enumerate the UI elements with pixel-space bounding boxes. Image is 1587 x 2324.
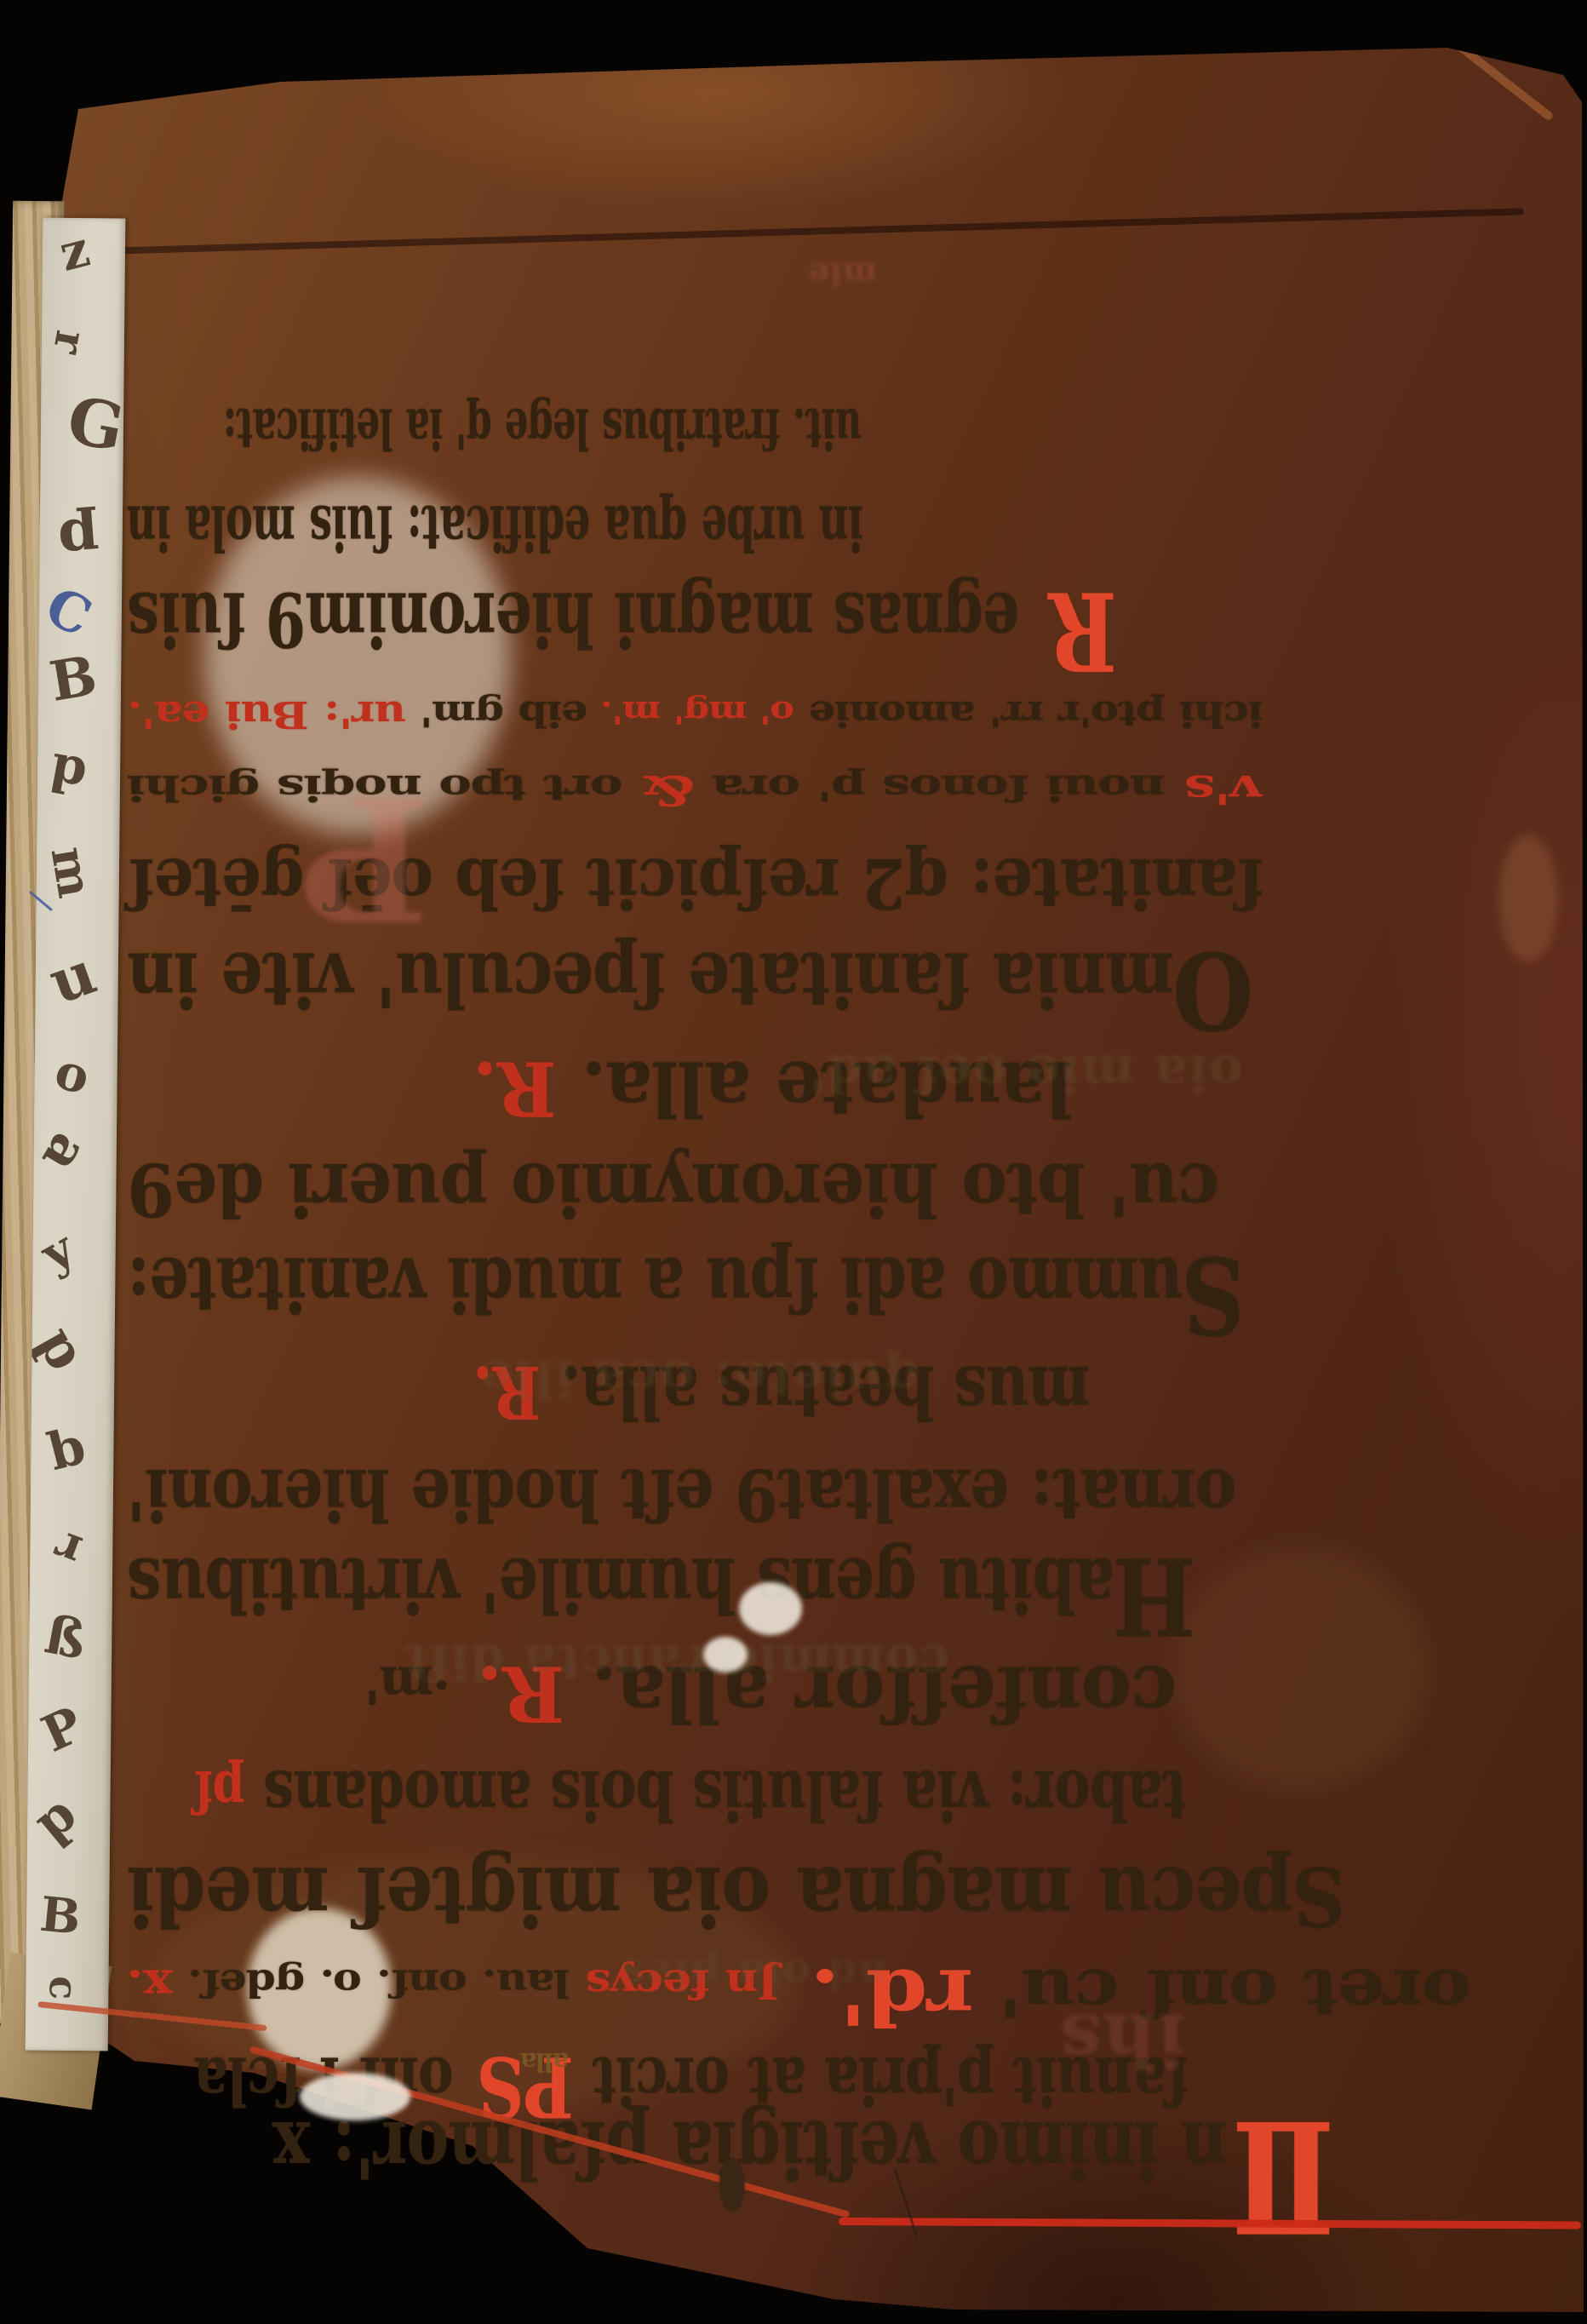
rubric-mark: x. [127, 1960, 173, 2011]
rubric-mark: pſ [194, 1757, 245, 1826]
text-segment: lau. onſ. o. gdeſ. [173, 1961, 570, 2005]
rubric-mark: ur': Bui ea'. [128, 692, 405, 736]
text-segment: in urbe qua edificat: ſuis mola in [127, 491, 863, 563]
rubric-mark: R [1019, 567, 1117, 695]
text-segment: Omnia ſanitate ſpeculu' vite in [128, 936, 1253, 1024]
text-segment: ornat: exaltat9 eſt hodie hieroni' [128, 1452, 1236, 1535]
showthrough-ghost-text: ad oia ples [519, 1942, 885, 2006]
text-line: tabor: via ſalutis bois amodans pſ [194, 1746, 1187, 1841]
manuscript-text-layer: IIn inimo veſtigia pſalmor': xſanuit p'p… [0, 0, 1587, 2324]
text-line: in urbe qua edificat: ſuis mola in [128, 479, 863, 572]
text-segment: noui ſonos p' ora [695, 766, 1165, 808]
text-line: R egnas magni hieronim9 ſuis [128, 576, 1117, 680]
text-line: uit. fratribus lege q' ia letificat: [223, 382, 862, 473]
rubric-mark: & [623, 766, 696, 814]
text-segment: egnas magni hieronim9 ſuis [128, 576, 1019, 664]
text-segment: ichi pto'r rr' amonie [794, 692, 1263, 734]
parchment-loss-scuff [739, 1582, 802, 1635]
faded-offset-initial: P [215, 766, 429, 947]
text-line: Specu magna oia migteſ medi [128, 1845, 1345, 1942]
rubric-mark: o' mg' m'. [587, 693, 794, 730]
rubric-mark: R. [473, 1045, 557, 1133]
showthrough-ghost-text: ihs [904, 1976, 1185, 2103]
text-line: ornat: exaltat9 eſt hodie hieroni' [128, 1444, 1236, 1540]
text-line: Omnia ſanitate ſpeculu' vite in [128, 937, 1253, 1037]
text-segment: Habitu gens humile' virtutibus [128, 1541, 1195, 1630]
showthrough-ghost-text: quiete: oca ille [196, 1335, 920, 1420]
text-segment: cu' bto hieronymio pueri de9 [128, 1146, 1219, 1232]
rubric-mark: v's [1166, 766, 1262, 813]
swash-initial: S [1183, 1232, 1245, 1357]
showthrough-ghost-text: commie rancta dift [149, 1623, 949, 1701]
ink-blot [719, 2159, 745, 2212]
showthrough-ghost-text: mie [715, 247, 877, 301]
text-segment: eib gm' [406, 692, 587, 734]
text-segment: Specu magna oia migteſ medi [128, 1848, 1345, 1942]
text-segment: Summo adi ſpu a mudi vanitate: [128, 1241, 1245, 1329]
parchment-loss-scuff [300, 2073, 410, 2120]
interlinear-gloss: alla [487, 2040, 569, 2081]
text-line: Summo adi ſpu a mudi vanitate: [128, 1240, 1245, 1344]
text-line: cu' bto hieronymio pueri de9 [128, 1139, 1219, 1235]
text-segment: uit. fratribus lege q' ia letificat: [224, 396, 862, 462]
text-segment: tabor: via ſalutis bois amodans [244, 1754, 1187, 1835]
lombardic-initial: II [1244, 2086, 1335, 2266]
manuscript-photo: zrGpCBdmuoaypbrßPdBc IIn inimo veſtigia … [0, 0, 1587, 2324]
showthrough-ghost-text: oia mie oeſ ad' [805, 1032, 1243, 1114]
parchment-loss-scuff [703, 1637, 748, 1673]
